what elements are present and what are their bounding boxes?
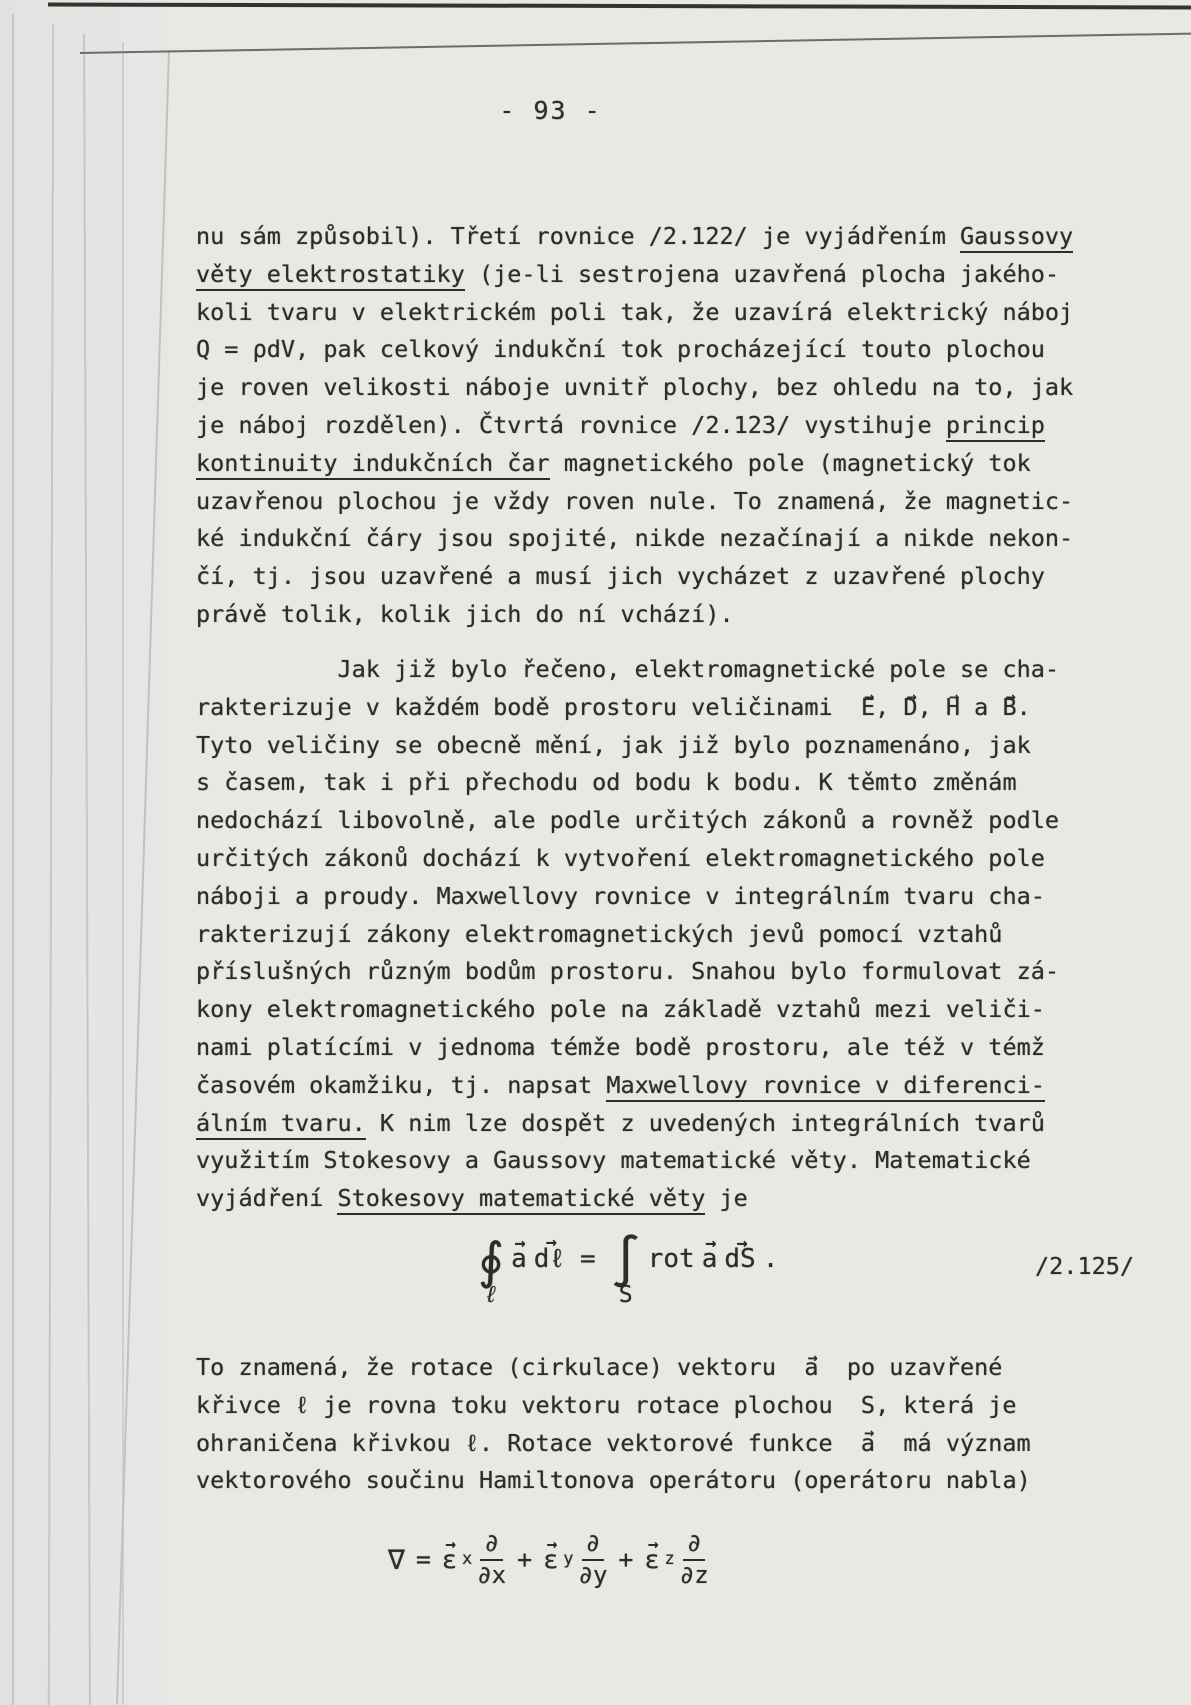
- text-line: rakterizují zákony elektromagnetických j…: [196, 916, 1059, 954]
- underlined-text: věty elektrostatiky: [196, 260, 465, 291]
- text-run: náboji a proudy. Maxwellovy rovnice v in…: [196, 882, 1045, 910]
- text-line: nami platícími v jednoma témže bodě pros…: [196, 1029, 1059, 1067]
- text-run: nami platícími v jednoma témže bodě pros…: [196, 1033, 1045, 1061]
- plus-sign: +: [618, 1545, 633, 1574]
- vector-symbol: →ε: [442, 1545, 457, 1574]
- stokes-theorem-equation: ∮ℓ →a →dℓ = ∫S rot →a →dS . /2.125/: [478, 1238, 1185, 1307]
- text-run: je roven velikosti náboje uvnitř plochy,…: [196, 373, 1073, 401]
- text-line: Jak již bylo řečeno, elektromagnetické p…: [196, 651, 1059, 689]
- vector-symbol: →a: [861, 1425, 875, 1463]
- text-run: rakterizuje v každém bodě prostoru velič…: [196, 693, 861, 721]
- text-line: určitých zákonů dochází k vytvoření elek…: [196, 840, 1059, 878]
- text-line: vyjádření Stokesovy matematické věty je: [196, 1180, 1059, 1218]
- underlined-text: kontinuity indukčních čar: [196, 449, 550, 480]
- paragraph-2: Jak již bylo řečeno, elektromagnetické p…: [196, 651, 1059, 1218]
- vector-symbol: →D: [903, 689, 917, 727]
- text-line: ké indukční čáry jsou spojité, nikde nez…: [196, 520, 1073, 558]
- text-run: nedochází libovolně, ale podle určitých …: [196, 806, 1059, 834]
- nabla-term-y: →εy ∂∂y: [543, 1530, 607, 1589]
- vector-symbol: →a: [804, 1349, 818, 1387]
- text-run: kony elektromagnetického pole na základě…: [196, 995, 1045, 1023]
- fraction-denominator: ∂z: [680, 1561, 709, 1589]
- text-line: čí, tj. jsou uzavřené a musí jich vycház…: [196, 558, 1073, 596]
- vector-arrow-icon: →: [949, 678, 958, 716]
- text-line: ohraničena křivkou ℓ. Rotace vektorové f…: [196, 1425, 1031, 1463]
- paragraph-3: To znamená, že rotace (cirkulace) vektor…: [196, 1349, 1031, 1500]
- underlined-text: álním tvaru.: [196, 1109, 366, 1140]
- vector-arrow-icon: →: [808, 1339, 817, 1377]
- document-content: - 93 - nu sám způsobil). Třetí rovnice /…: [0, 0, 1191, 1705]
- text-line: Tyto veličiny se obecně mění, jak již by…: [196, 727, 1059, 765]
- partial-derivative-fraction: ∂∂y: [579, 1530, 608, 1589]
- vector-arrow-icon: →: [648, 1534, 658, 1555]
- plus-sign: +: [517, 1545, 532, 1574]
- text-line: rakterizuje v každém bodě prostoru velič…: [196, 689, 1059, 727]
- page-number: - 93 -: [0, 96, 1101, 125]
- equals-sign: =: [580, 1244, 596, 1274]
- vector-symbol: →a: [702, 1244, 718, 1274]
- vector-arrow-icon: →: [864, 1414, 873, 1452]
- text-line: Q = ρdV, pak celkový indukční tok prochá…: [196, 331, 1073, 369]
- text-run: a: [960, 693, 1002, 721]
- nabla-term-z: →εz ∂∂z: [644, 1530, 708, 1589]
- text-run: Q = ρdV, pak celkový indukční tok prochá…: [196, 335, 1045, 363]
- text-run: vyjádření: [196, 1184, 337, 1212]
- int-symbol: ∫: [611, 1238, 641, 1286]
- vector-symbol: →E: [861, 689, 875, 727]
- vector-symbol: →B: [1002, 689, 1016, 727]
- text-run: s časem, tak i při přechodu od bodu k bo…: [196, 768, 1017, 796]
- vector-symbol: →a: [511, 1244, 527, 1274]
- text-run: Tyto veličiny se obecně mění, jak již by…: [196, 731, 1031, 759]
- text-run: časovém okamžiku, tj. napsat: [196, 1071, 606, 1099]
- vector-arrow-icon: →: [907, 678, 916, 716]
- text-line: kony elektromagnetického pole na základě…: [196, 991, 1059, 1029]
- text-run: koli tvaru v elektrickém poli tak, že uz…: [196, 298, 1073, 326]
- text-run: ,: [918, 693, 946, 721]
- text-run: nu sám způsobil). Třetí rovnice /2.122/ …: [196, 222, 960, 250]
- fraction-numerator: ∂: [683, 1530, 705, 1561]
- oint-symbol: ∮: [478, 1238, 504, 1286]
- text-run: po uzavřené: [819, 1353, 1003, 1381]
- text-run: právě tolik, kolik jich do ní vchází).: [196, 600, 734, 628]
- text-run: uzavřenou plochou je vždy roven nule. To…: [196, 487, 1073, 515]
- nabla-symbol: ∇: [388, 1543, 405, 1576]
- text-line: álním tvaru. K nim lze dospět z uvedenýc…: [196, 1105, 1059, 1143]
- nabla-term-x: →εx ∂∂x: [442, 1530, 506, 1589]
- text-line: věty elektrostatiky (je-li sestrojena uz…: [196, 256, 1073, 294]
- surface-integral: ∫S: [611, 1238, 641, 1307]
- vector-arrow-icon: →: [547, 1534, 557, 1555]
- text-line: To znamená, že rotace (cirkulace) vektor…: [196, 1349, 1031, 1387]
- text-run: ohraničena křivkou ℓ. Rotace vektorové f…: [196, 1429, 861, 1457]
- vector-arrow-icon: →: [1006, 678, 1015, 716]
- text-line: nedochází libovolně, ale podle určitých …: [196, 802, 1059, 840]
- fraction-denominator: ∂x: [477, 1561, 506, 1589]
- text-run: příslušných různým bodům prostoru. Snaho…: [196, 957, 1059, 985]
- text-run: ké indukční čáry jsou spojité, nikde nez…: [196, 524, 1073, 552]
- text-line: s časem, tak i při přechodu od bodu k bo…: [196, 764, 1059, 802]
- underlined-text: Gaussovy: [960, 222, 1073, 253]
- text-run: .: [1017, 693, 1031, 721]
- partial-derivative-fraction: ∂∂z: [680, 1530, 709, 1589]
- vector-symbol: →dS: [724, 1244, 755, 1274]
- integral-subscript: ℓ: [484, 1284, 498, 1307]
- text-line: časovém okamžiku, tj. napsat Maxwellovy …: [196, 1067, 1059, 1105]
- text-line: uzavřenou plochou je vždy roven nule. To…: [196, 483, 1073, 521]
- text-line: křivce ℓ je rovna toku vektoru rotace pl…: [196, 1387, 1031, 1425]
- fraction-numerator: ∂: [582, 1530, 604, 1561]
- text-run: má význam: [875, 1429, 1031, 1457]
- vector-symbol: →dℓ: [534, 1244, 565, 1275]
- scanned-page: - 93 - nu sám způsobil). Třetí rovnice /…: [0, 0, 1191, 1705]
- underlined-text: princip: [946, 411, 1045, 442]
- text-run: určitých zákonů dochází k vytvoření elek…: [196, 844, 1045, 872]
- text-line: kontinuity indukčních čar magnetického p…: [196, 445, 1073, 483]
- vector-symbol: →H: [946, 689, 960, 727]
- vector-symbol: →ε: [543, 1545, 558, 1574]
- text-run: (je-li sestrojena uzavřená plocha jakého…: [465, 260, 1059, 288]
- text-line: vektorového součinu Hamiltonova operátor…: [196, 1462, 1031, 1500]
- underlined-text: Stokesovy matematické věty: [337, 1184, 705, 1215]
- period: .: [763, 1244, 779, 1274]
- underlined-text: Maxwellovy rovnice v diferenci-: [606, 1071, 1045, 1102]
- text-line: právě tolik, kolik jich do ní vchází).: [196, 596, 1073, 634]
- text-run: To znamená, že rotace (cirkulace) vektor…: [196, 1353, 804, 1381]
- text-run: využitím Stokesovy a Gaussovy matematick…: [196, 1146, 1031, 1174]
- text-line: je náboj rozdělen). Čtvrtá rovnice /2.12…: [196, 407, 1073, 445]
- text-line: náboji a proudy. Maxwellovy rovnice v in…: [196, 878, 1059, 916]
- contour-integral: ∮ℓ: [478, 1238, 504, 1307]
- text-run: Jak již bylo řečeno, elektromagnetické p…: [196, 655, 1059, 683]
- nabla-operator-equation: ∇ = →εx ∂∂x + →εy ∂∂y + →εz ∂∂z: [388, 1530, 709, 1589]
- vector-arrow-icon: →: [736, 1233, 746, 1254]
- equation-number: /2.125/: [1035, 1252, 1134, 1280]
- text-run: čí, tj. jsou uzavřené a musí jich vycház…: [196, 562, 1045, 590]
- text-run: magnetického pole (magnetický tok: [550, 449, 1031, 477]
- fraction-numerator: ∂: [480, 1530, 502, 1561]
- text-run: je náboj rozdělen). Čtvrtá rovnice /2.12…: [196, 411, 946, 439]
- vector-arrow-icon: →: [705, 1233, 715, 1254]
- vector-arrow-icon: →: [445, 1534, 455, 1555]
- equals-sign: =: [416, 1545, 431, 1574]
- vector-symbol: →ε: [644, 1545, 659, 1574]
- text-run: K nim lze dospět z uvedených integrálníc…: [366, 1109, 1045, 1137]
- text-run: křivce ℓ je rovna toku vektoru rotace pl…: [196, 1391, 1017, 1419]
- vector-arrow-icon: →: [546, 1232, 556, 1253]
- paragraph-1: nu sám způsobil). Třetí rovnice /2.122/ …: [196, 218, 1073, 634]
- rot-operator: rot: [648, 1244, 695, 1274]
- vector-arrow-icon: →: [864, 678, 873, 716]
- text-run: ,: [875, 693, 903, 721]
- text-line: je roven velikosti náboje uvnitř plochy,…: [196, 369, 1073, 407]
- integral-subscript: S: [619, 1284, 633, 1307]
- text-run: rakterizují zákony elektromagnetických j…: [196, 920, 1002, 948]
- fraction-denominator: ∂y: [579, 1561, 608, 1589]
- text-line: příslušných různým bodům prostoru. Snaho…: [196, 953, 1059, 991]
- text-line: využitím Stokesovy a Gaussovy matematick…: [196, 1142, 1059, 1180]
- partial-derivative-fraction: ∂∂x: [477, 1530, 506, 1589]
- text-line: nu sám způsobil). Třetí rovnice /2.122/ …: [196, 218, 1073, 256]
- vector-arrow-icon: →: [515, 1233, 525, 1254]
- text-run: vektorového součinu Hamiltonova operátor…: [196, 1466, 1031, 1494]
- text-line: koli tvaru v elektrickém poli tak, že uz…: [196, 294, 1073, 332]
- text-run: je: [705, 1184, 747, 1212]
